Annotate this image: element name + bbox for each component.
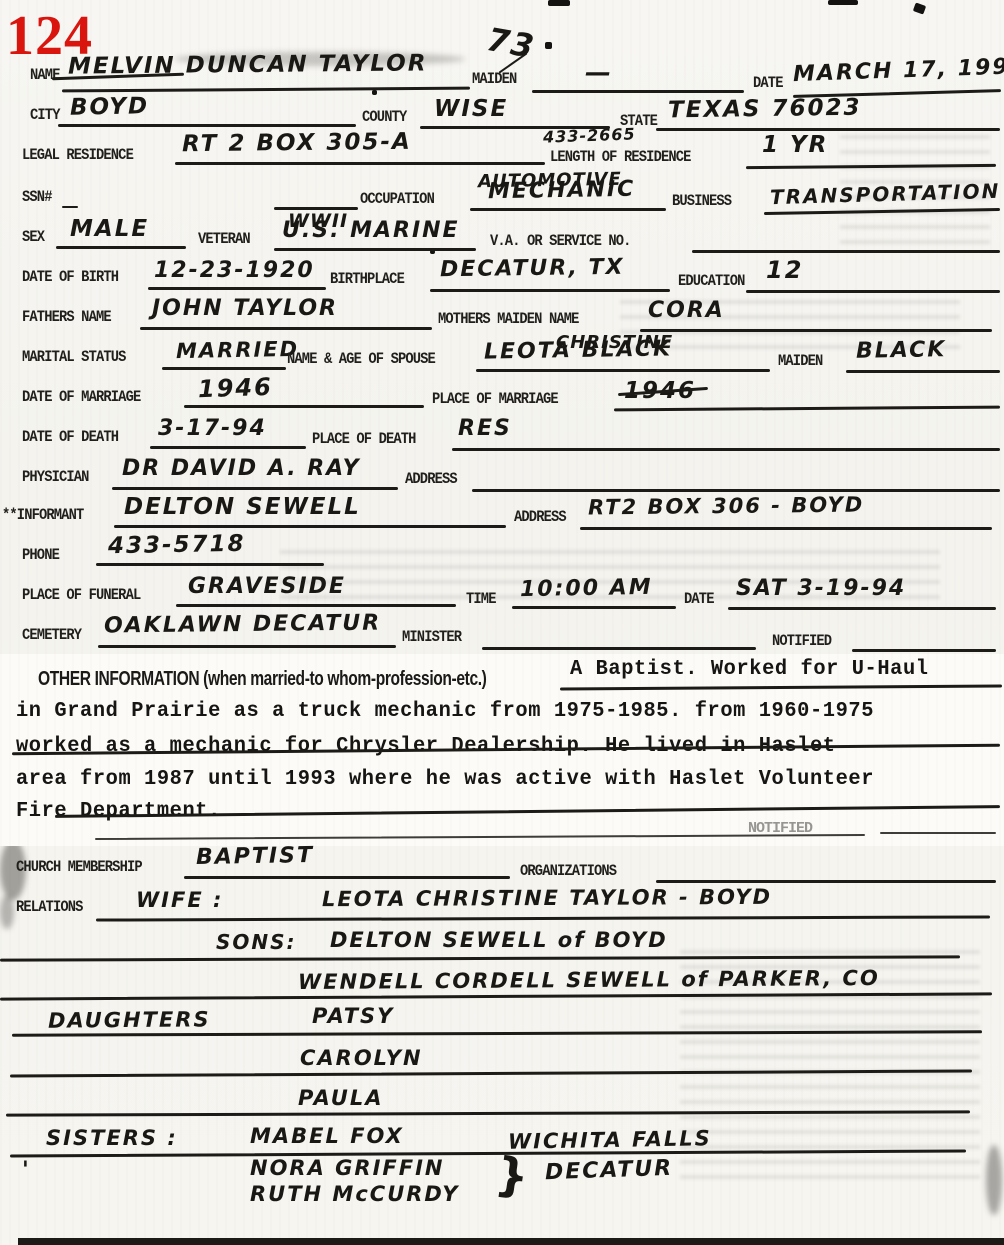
organizations-label: ORGANIZATIONS (520, 862, 616, 880)
spouse-underline (476, 369, 770, 372)
education-label: EDUCATION (678, 272, 745, 290)
fathers-name-underline (140, 327, 432, 330)
va-service-label: V.A. OR SERVICE NO. (490, 232, 631, 250)
sisters-tick-mark: ' (22, 1158, 31, 1183)
relations-underline-7 (10, 1149, 966, 1157)
other-info-line-1: A Baptist. Worked for U-Haul (570, 658, 929, 681)
sex-label: SEX (22, 228, 44, 246)
city-value: BOYD (70, 93, 150, 120)
occupation-value: MECHANIC (488, 177, 636, 205)
scan-speck (913, 2, 926, 14)
funeral-time-underline (512, 606, 676, 609)
relations-underline-3 (0, 992, 992, 1000)
state-underline (656, 128, 1000, 131)
name-label: NAME (30, 66, 60, 84)
date-of-marriage-underline (184, 405, 424, 408)
veteran-value: U.S. MARINE (282, 218, 460, 243)
date-of-marriage-value: 1946 (198, 373, 274, 404)
legal-residence-underline (175, 162, 545, 165)
relations-label: RELATIONS (16, 898, 83, 916)
mothers-maiden-name-underline (640, 329, 992, 332)
edge-smudge (986, 1145, 1002, 1215)
date-of-death-label: DATE OF DEATH (22, 428, 118, 446)
date-value: MARCH 17, 1994 (793, 54, 1004, 87)
scanned-funeral-record-form: 124 73 NAME MELVIN DUNCAN TAYLOR MAIDEN … (0, 0, 1004, 1245)
minister-label: MINISTER (402, 628, 461, 646)
scan-speck (548, 0, 570, 6)
date-of-birth-label: DATE OF BIRTH (22, 268, 118, 286)
business-underline (764, 208, 1000, 215)
county-value: WISE (434, 96, 508, 122)
date-of-death-value: 3-17-94 (158, 416, 267, 441)
relations-underline-5 (10, 1069, 972, 1077)
physician-value: DR DAVID A. RAY (122, 456, 361, 481)
physician-underline (112, 487, 398, 490)
relation-sister2-value: NORA GRIFFIN (250, 1156, 444, 1180)
legal-residence-label: LEGAL RESIDENCE (22, 146, 133, 164)
marital-status-value: MARRIED (176, 337, 299, 363)
marital-status-label: MARITAL STATUS (22, 348, 126, 366)
physician-address-label: ADDRESS (405, 470, 457, 488)
church-membership-label: CHURCH MEMBERSHIP (16, 858, 142, 876)
date-of-death-underline (150, 446, 306, 449)
place-of-death-underline (452, 448, 1000, 451)
cemetery-label: CEMETERY (22, 626, 81, 644)
relation-sons-label: SONS: (216, 930, 297, 954)
education-value: 12 (766, 256, 803, 284)
maiden-underline (532, 90, 744, 93)
other-info-line-5: Fire Department. (16, 800, 221, 823)
relations-underline-6 (6, 1110, 970, 1116)
occupation-underline (470, 208, 666, 211)
place-of-funeral-underline (176, 604, 456, 607)
length-of-residence-label: LENGTH OF RESIDENCE (550, 148, 691, 166)
edge-smudge (0, 895, 14, 929)
date-of-birth-underline (148, 287, 326, 290)
date-of-birth-value: 12-23-1920 (154, 258, 315, 283)
physician-address-underline (472, 489, 1000, 492)
education-underline (746, 290, 1000, 293)
relation-wife-value: LEOTA CHRISTINE TAYLOR - BOYD (322, 885, 772, 911)
scan-speck (372, 90, 377, 95)
informant-label: **INFORMANT (2, 506, 83, 524)
relation-daughter1-value: PATSY (312, 1004, 394, 1028)
birthplace-underline (430, 289, 670, 292)
maiden-value: — (585, 58, 613, 88)
informant-value: DELTON SEWELL (124, 494, 361, 520)
fathers-name-value: JOHN TAYLOR (152, 296, 338, 321)
funeral-date-underline (728, 607, 996, 610)
length-of-residence-value: 1 YR (762, 132, 828, 158)
relation-sisters-label: SISTERS : (46, 1126, 178, 1150)
place-of-marriage-label: PLACE OF MARRIAGE (432, 390, 558, 408)
place-of-marriage-underline (614, 406, 1000, 412)
relation-daughters-label: DAUGHTERS (48, 1007, 211, 1032)
veteran-label: VETERAN (198, 230, 250, 248)
mothers-maiden-name-value: CORA (648, 298, 725, 323)
city-underline (58, 124, 356, 127)
informant-address-value: RT2 BOX 306 - BOYD (588, 493, 864, 520)
funeral-date-label: DATE (684, 590, 714, 608)
cemetery-underline (98, 645, 396, 648)
relation-daughter3-value: PAULA (298, 1086, 383, 1110)
scan-bottom-border (18, 1238, 1004, 1245)
spouse-maiden-value: BLACK (856, 337, 947, 364)
other-info-line-2: in Grand Prairie as a truck mechanic fro… (16, 700, 874, 723)
cemetery-value: OAKLAWN DECATUR (104, 611, 381, 639)
informant-address-underline (580, 527, 992, 530)
va-service-underline (692, 250, 1000, 253)
funeral-time-label: TIME (466, 590, 496, 608)
relation-sister1-city: WICHITA FALLS (508, 1126, 712, 1154)
informant-address-label: ADDRESS (514, 508, 566, 526)
minister-underline (482, 647, 756, 650)
top-number-note: 73 (484, 20, 538, 66)
relations-underline-2 (0, 955, 960, 961)
name-underline (62, 87, 470, 93)
spouse-maiden-label: MAIDEN (778, 352, 822, 370)
notified-underline (852, 649, 996, 652)
fathers-name-label: FATHERS NAME (22, 308, 111, 326)
funeral-time-value: 10:00 AM (520, 575, 653, 602)
date-label: DATE (753, 74, 783, 92)
length-of-residence-underline (746, 164, 996, 169)
ssn-underscore (62, 206, 78, 208)
spouse-maiden-underline (846, 370, 1000, 373)
date-of-marriage-label: DATE OF MARRIAGE (22, 388, 140, 406)
legal-residence-value: RT 2 BOX 305-A (182, 129, 412, 157)
funeral-date-value: SAT 3-19-94 (736, 576, 906, 601)
occupation-label: OCCUPATION (360, 190, 434, 208)
sex-underline (56, 246, 186, 249)
phone-label: PHONE (22, 546, 59, 564)
other-information-label: OTHER INFORMATION (when married-to whom-… (38, 668, 486, 691)
other-info-line-4: area from 1987 until 1993 where he was a… (16, 768, 874, 791)
notified-label: NOTIFIED (772, 632, 831, 650)
state-value: TEXAS 76023 (668, 95, 862, 124)
relation-son2-value: WENDELL CORDELL SEWELL of PARKER, CO (298, 966, 880, 994)
spouse-label: NAME & AGE OF SPOUSE (287, 350, 435, 368)
scan-speck (545, 42, 552, 49)
birthplace-label: BIRTHPLACE (330, 270, 404, 288)
ssn-label: SSN# (22, 188, 52, 206)
relation-sister3-value: RUTH McCURDY (250, 1182, 459, 1206)
relation-son1-value: DELTON SEWELL of BOYD (330, 928, 668, 952)
sisters-city-brace: } (492, 1146, 532, 1204)
physician-label: PHYSICIAN (22, 468, 89, 486)
scan-speck (828, 0, 858, 5)
veteran-underline (274, 248, 476, 251)
city-label: CITY (30, 106, 60, 124)
relation-sister1-value: MABEL FOX (250, 1124, 404, 1148)
informant-underline (114, 525, 506, 528)
church-membership-underline (184, 876, 510, 879)
organizations-underline (656, 880, 996, 883)
relations-underline-1 (96, 915, 990, 921)
spouse-value: LEOTA BLACK (484, 336, 672, 364)
place-of-death-value: RES (458, 416, 512, 441)
relation-daughter2-value: CAROLYN (300, 1046, 423, 1070)
sisters-city-value: DECATUR (545, 1156, 674, 1185)
phone-note-value: 433-2665 (543, 124, 636, 146)
business-value: TRANSPORTATION (770, 179, 1001, 209)
place-of-funeral-label: PLACE OF FUNERAL (22, 586, 140, 604)
maiden-label: MAIDEN (472, 70, 516, 88)
faded-rule (880, 832, 996, 834)
sex-value: MALE (70, 216, 149, 242)
marital-status-underline (162, 367, 286, 370)
mothers-maiden-name-label: MOTHERS MAIDEN NAME (438, 310, 579, 328)
business-label: BUSINESS (672, 192, 731, 210)
phone-underline (96, 563, 324, 566)
county-label: COUNTY (362, 108, 406, 126)
phone-value: 433-5718 (108, 531, 246, 559)
place-of-death-label: PLACE OF DEATH (312, 430, 416, 448)
relation-wife-label: WIFE : (136, 888, 223, 912)
place-of-funeral-value: GRAVESIDE (188, 574, 346, 599)
church-membership-value: BAPTIST (196, 843, 314, 870)
birthplace-value: DECATUR, TX (440, 255, 625, 283)
